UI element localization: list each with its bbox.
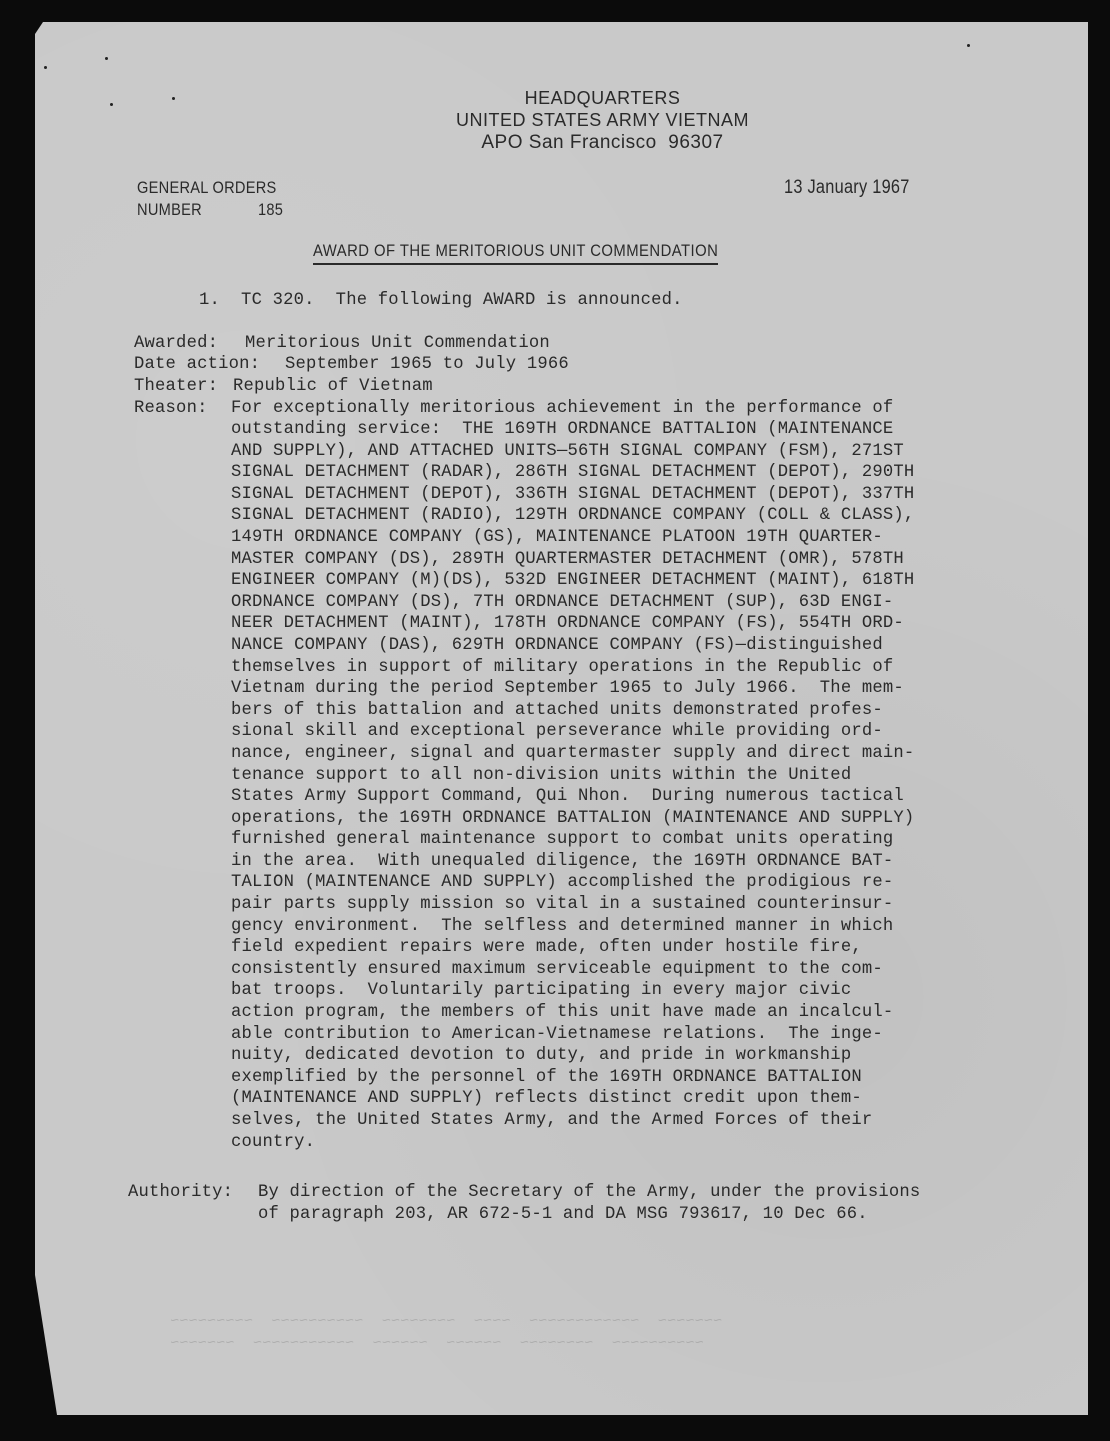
reason-line: tenance support to all non-division unit… bbox=[231, 765, 971, 787]
reason-line: in the area. With unequaled diligence, t… bbox=[231, 851, 971, 873]
authority-line-1: By direction of the Secretary of the Arm… bbox=[258, 1182, 920, 1203]
reason-line: MASTER COMPANY (DS), 289TH QUARTERMASTER… bbox=[231, 549, 971, 571]
authority-label: Authority: bbox=[128, 1182, 233, 1203]
reason-line: furnished general maintenance support to… bbox=[231, 829, 971, 851]
theater-value: Republic of Vietnam bbox=[233, 376, 433, 397]
reason-line: NANCE COMPANY (DAS), 629TH ORDNANCE COMP… bbox=[231, 635, 971, 657]
reason-line: pair parts supply mission so vital in a … bbox=[231, 894, 971, 916]
paragraph-intro: 1. TC 320. The following AWARD is announ… bbox=[199, 290, 683, 311]
reason-line: operations, the 169TH ORDNANCE BATTALION… bbox=[231, 808, 971, 830]
reason-line: country. bbox=[231, 1132, 971, 1154]
document-title: AWARD OF THE MERITORIOUS UNIT COMMENDATI… bbox=[313, 241, 718, 265]
reason-line bbox=[231, 1153, 971, 1175]
bleed-through-marks: ~~~~~~~~~~ ~~~~~~~~ ~~~~~~ ~~~~~~ ~~~~~~… bbox=[170, 1335, 704, 1352]
reason-line: States Army Support Command, Qui Nhon. D… bbox=[231, 786, 971, 808]
reason-line: themselves in support of military operat… bbox=[231, 657, 971, 679]
reason-line: gency environment. The selfless and dete… bbox=[231, 916, 971, 938]
letterhead-address: APO San Francisco 96307 bbox=[0, 132, 1110, 153]
reason-label: Reason: bbox=[134, 398, 208, 419]
awarded-value: Meritorious Unit Commendation bbox=[245, 333, 550, 354]
reason-line: SIGNAL DETACHMENT (RADAR), 286TH SIGNAL … bbox=[231, 462, 971, 484]
reason-line: action program, the members of this unit… bbox=[231, 1002, 971, 1024]
reason-line: selves, the United States Army, and the … bbox=[231, 1110, 971, 1132]
reason-line: SIGNAL DETACHMENT (DEPOT), 336TH SIGNAL … bbox=[231, 484, 971, 506]
reason-body: outstanding service: THE 169TH ORDNANCE … bbox=[231, 419, 971, 1218]
order-number-label: NUMBER bbox=[137, 199, 202, 220]
letterhead-headquarters: HEADQUARTERS bbox=[0, 88, 1110, 109]
reason-line: AND SUPPLY), AND ATTACHED UNITS—56TH SIG… bbox=[231, 441, 971, 463]
reason-line: NEER DETACHMENT (MAINT), 178TH ORDNANCE … bbox=[231, 613, 971, 635]
speck-mark bbox=[44, 66, 47, 69]
date-action-label: Date action: bbox=[134, 354, 260, 375]
reason-line: field expedient repairs were made, often… bbox=[231, 937, 971, 959]
general-orders-document: HEADQUARTERS UNITED STATES ARMY VIETNAM … bbox=[0, 0, 1110, 1441]
reason-line: nuity, dedicated devotion to duty, and p… bbox=[231, 1045, 971, 1067]
theater-label: Theater: bbox=[134, 376, 218, 397]
reason-line: 149TH ORDNANCE COMPANY (GS), MAINTENANCE… bbox=[231, 527, 971, 549]
letterhead-organization: UNITED STATES ARMY VIETNAM bbox=[0, 110, 1110, 131]
reason-line: exemplified by the personnel of the 169T… bbox=[231, 1067, 971, 1089]
reason-line: consistently ensured maximum serviceable… bbox=[231, 959, 971, 981]
reason-line: bers of this battalion and attached unit… bbox=[231, 700, 971, 722]
reason-line: nance, engineer, signal and quartermaste… bbox=[231, 743, 971, 765]
bleed-through-marks: ~~~~~~~ ~~~~~~~~~~~~ ~~~~ ~~~~~~~~ ~~~~~… bbox=[170, 1313, 750, 1330]
order-number: 185 bbox=[258, 199, 283, 220]
reason-line: ENGINEER COMPANY (M)(DS), 532D ENGINEER … bbox=[231, 570, 971, 592]
reason-line: TALION (MAINTENANCE AND SUPPLY) accompli… bbox=[231, 872, 971, 894]
reason-line: Vietnam during the period September 1965… bbox=[231, 678, 971, 700]
reason-line: ORDNANCE COMPANY (DS), 7TH ORDNANCE DETA… bbox=[231, 592, 971, 614]
authority-line-2: of paragraph 203, AR 672-5-1 and DA MSG … bbox=[258, 1204, 868, 1225]
reason-line: (MAINTENANCE AND SUPPLY) reflects distin… bbox=[231, 1088, 971, 1110]
order-date: 13 January 1967 bbox=[784, 177, 910, 198]
speck-mark bbox=[105, 57, 108, 60]
awarded-label: Awarded: bbox=[134, 333, 218, 354]
reason-line: sional skill and exceptional perseveranc… bbox=[231, 721, 971, 743]
general-orders-label: GENERAL ORDERS bbox=[137, 177, 277, 198]
reason-line: outstanding service: THE 169TH ORDNANCE … bbox=[231, 419, 971, 441]
date-action-value: September 1965 to July 1966 bbox=[285, 354, 569, 375]
reason-line: able contribution to American-Vietnamese… bbox=[231, 1024, 971, 1046]
speck-mark bbox=[967, 44, 970, 47]
reason-line: bat troops. Voluntarily participating in… bbox=[231, 980, 971, 1002]
reason-line: SIGNAL DETACHMENT (RADIO), 129TH ORDNANC… bbox=[231, 505, 971, 527]
reason-first-line: For exceptionally meritorious achievemen… bbox=[231, 398, 893, 419]
